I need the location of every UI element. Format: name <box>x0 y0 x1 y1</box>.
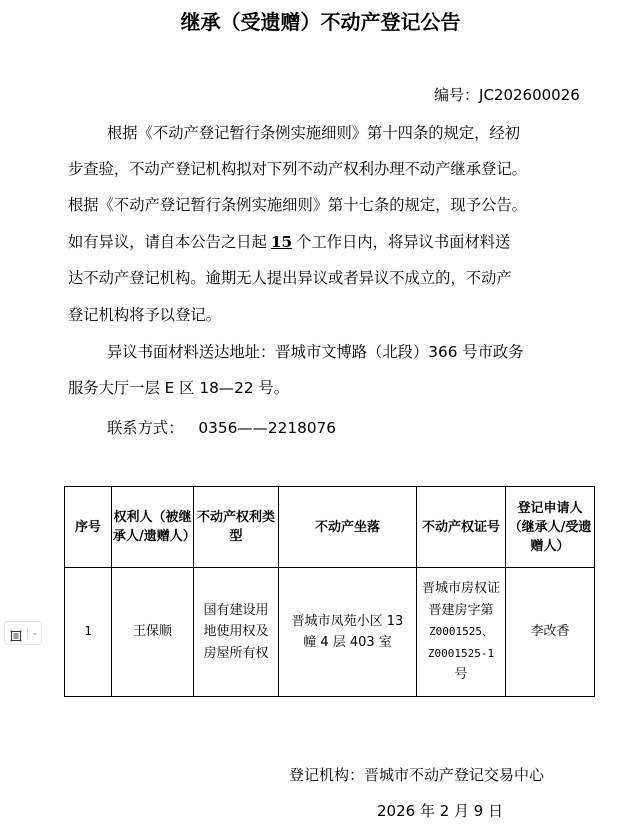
cell-location: 晋城市凤苑小区 13 幢 4 层 403 室 <box>279 568 417 697</box>
cell-index: 1 <box>65 568 112 697</box>
cert-prefix: 晋城市房权证晋建房字第 <box>418 578 504 621</box>
chevron-down-icon[interactable]: ⌄ <box>31 628 39 638</box>
header-cert-no: 不动产权证号 <box>417 487 506 568</box>
cert-suffix: 号 <box>418 664 504 686</box>
block-handle-widget[interactable]: ⌄ <box>4 621 42 645</box>
paragraph-line: 步查验，不动产登记机构拟对下列不动产权利办理不动产继承登记。 <box>68 157 527 179</box>
cell-cert-no: 晋城市房权证晋建房字第 Z0001525、 Z0001525-1 号 <box>417 568 506 697</box>
page-title: 继承（受遗赠）不动产登记公告 <box>0 6 641 35</box>
header-right-type: 不动产权利类型 <box>194 487 279 568</box>
contact-label: 联系方式： <box>107 419 184 437</box>
header-index: 序号 <box>65 487 112 568</box>
announcement-date: 2026 年 2 月 9 日 <box>377 800 503 821</box>
header-location: 不动产坐落 <box>279 487 417 568</box>
table-row: 1 王保顺 国有建设用地使用权及房屋所有权 晋城市凤苑小区 13 幢 4 层 4… <box>65 568 595 697</box>
address-line: 服务大厅一层 E 区 18—22 号。 <box>68 376 289 398</box>
document-number-label: 编号： <box>434 86 479 104</box>
objection-text-prefix: 如有异议，请自本公告之日起 <box>68 233 267 251</box>
table-header-row: 序号 权利人（被继承人/遗赠人） 不动产权利类型 不动产坐落 不动产权证号 登记… <box>65 487 595 568</box>
cell-holder: 王保顺 <box>112 568 194 697</box>
paragraph-line: 根据《不动产登记暂行条例实施细则》第十四条的规定，经初 <box>107 121 520 143</box>
contact-line: 联系方式： 0356——2218076 <box>107 416 336 438</box>
document-number: 编号：JC202600026 <box>434 84 580 105</box>
paragraph-line: 登记机构将予以登记。 <box>68 303 221 325</box>
objection-text-suffix: 个工作日内，将异议书面材料送 <box>296 233 510 251</box>
registration-authority: 登记机构：晋城市不动产登记交易中心 <box>289 764 544 785</box>
cert-number-1: Z0001525、 <box>418 621 504 643</box>
divider <box>27 627 28 639</box>
cell-applicant: 李改香 <box>506 568 595 697</box>
address-line: 异议书面材料送达地址：晋城市文博路（北段）366 号市政务 <box>107 340 523 362</box>
header-applicant: 登记申请人（继承人/受遗赠人） <box>506 487 595 568</box>
header-holder: 权利人（被继承人/遗赠人） <box>112 487 194 568</box>
objection-days: 15 <box>267 233 296 251</box>
cell-right-type: 国有建设用地使用权及房屋所有权 <box>194 568 279 697</box>
layout-icon[interactable] <box>10 627 22 639</box>
document-number-value: JC202600026 <box>479 86 580 104</box>
registration-table: 序号 权利人（被继承人/遗赠人） 不动产权利类型 不动产坐落 不动产权证号 登记… <box>64 486 595 697</box>
paragraph-line: 根据《不动产登记暂行条例实施细则》第十七条的规定，现予公告。 <box>68 193 527 215</box>
paragraph-line: 如有异议，请自本公告之日起15个工作日内，将异议书面材料送 <box>68 230 510 252</box>
contact-value: 0356——2218076 <box>198 419 336 437</box>
cert-number-2: Z0001525-1 <box>418 643 504 665</box>
paragraph-line: 达不动产登记机构。逾期无人提出异议或者异议不成立的，不动产 <box>68 266 512 288</box>
